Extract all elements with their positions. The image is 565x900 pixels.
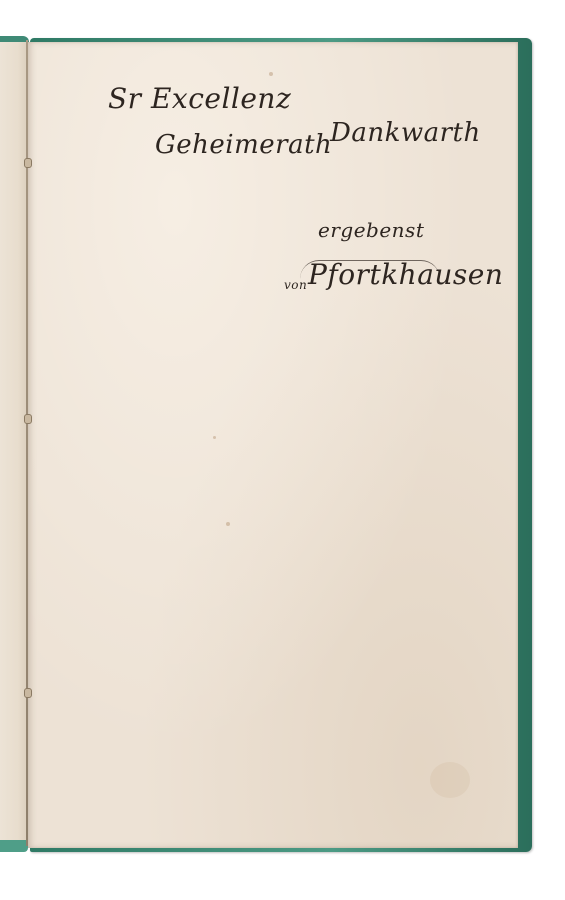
inscription-line-2-left: Geheimerath (155, 130, 332, 160)
stain (430, 762, 470, 798)
cover-cloth-bottom-left (0, 840, 28, 852)
left-endpaper (0, 42, 26, 842)
foxing-spot (269, 72, 273, 76)
binding-stitch (24, 414, 32, 424)
inscription-line-1: Sr Excellenz (108, 82, 291, 115)
signature: Pfortkhausen (308, 258, 503, 291)
title-page (28, 42, 518, 848)
foxing-spot (213, 436, 216, 439)
foxing-spot (226, 522, 230, 526)
binding-stitch (24, 158, 32, 168)
inscription-line-3: ergebenst (318, 218, 424, 242)
inscription-von: von (284, 278, 307, 292)
book-photo: Sr Excellenz Geheimerath Dankwarth ergeb… (0, 0, 565, 900)
binding-stitch (24, 688, 32, 698)
inscription-line-2-right: Dankwarth (330, 118, 481, 148)
